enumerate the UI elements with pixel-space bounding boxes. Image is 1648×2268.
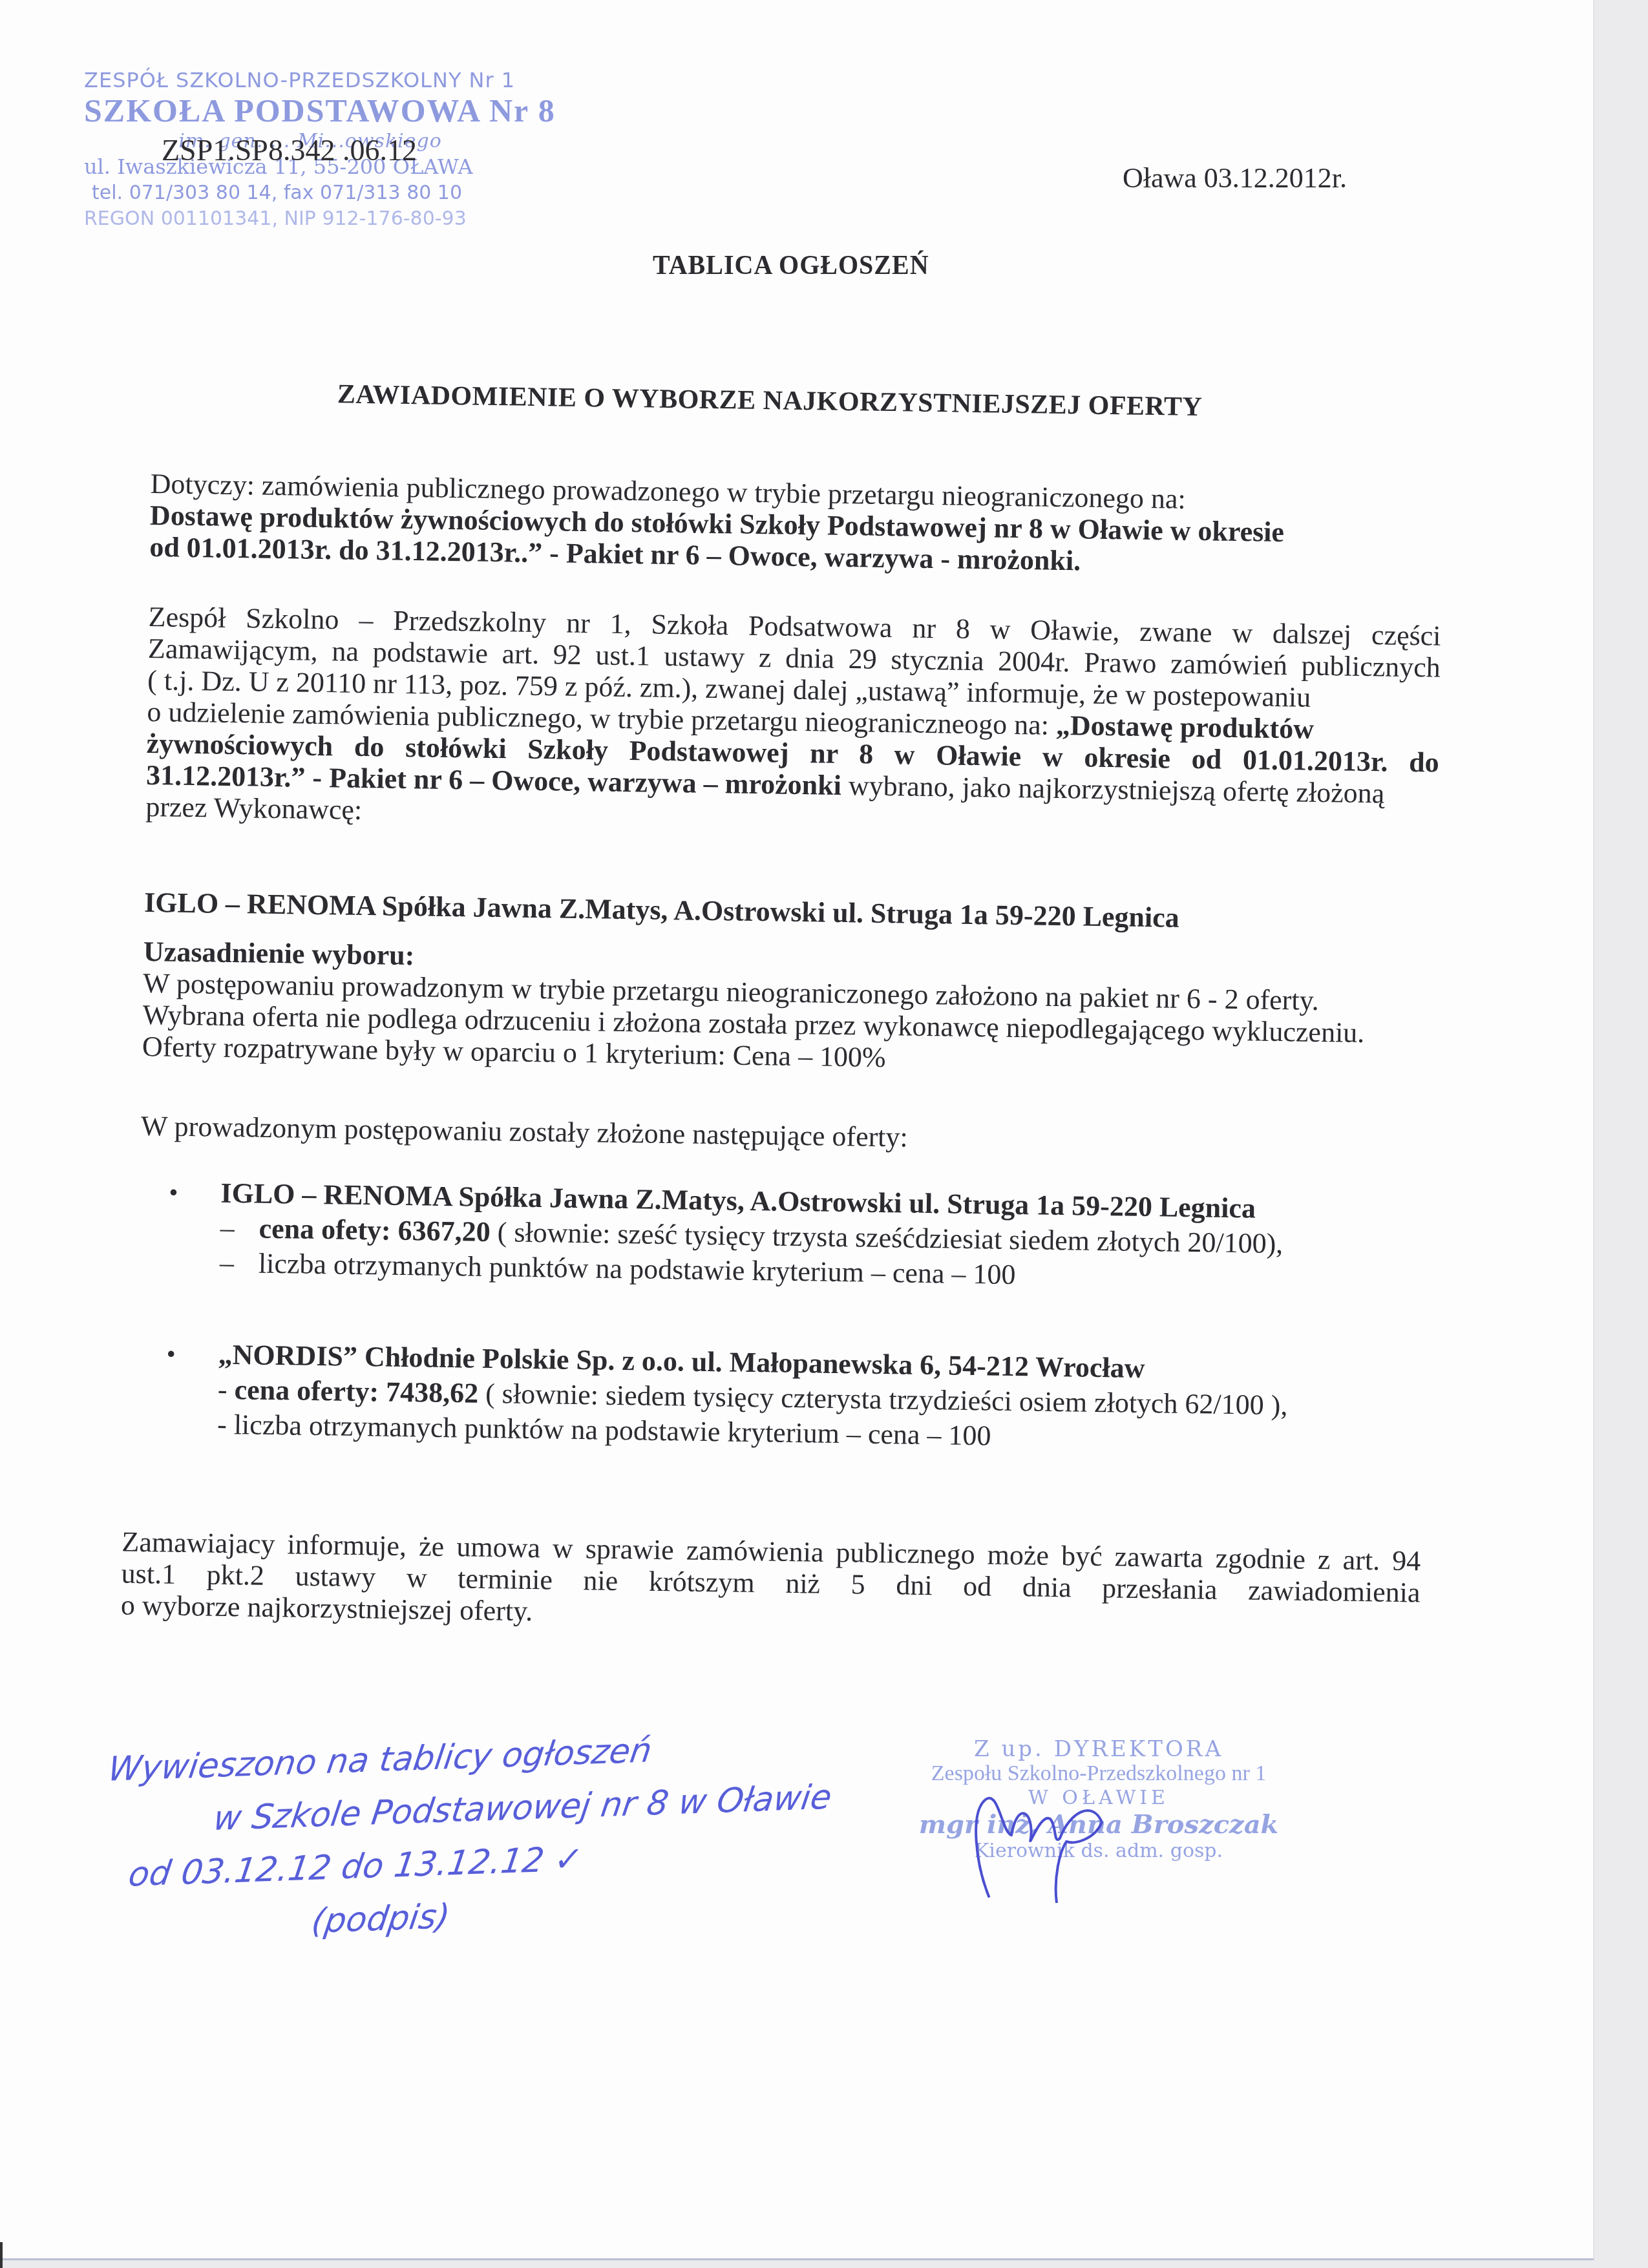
offer-price-label: cena ofety: 6367,20 [259,1213,491,1248]
notice-bold-text: „Dostawę produktów [1056,709,1315,745]
dash-icon: - [217,1409,227,1440]
document-heading: ZAWIADOMIENIE O WYBORZE NAJKORZYSTNIEJSZ… [337,379,1203,423]
subject-paragraph: Dotyczy: zamówienia publicznego prowadzo… [149,468,1443,582]
handwritten-posting-note: Wywieszono na tablicy ogłoszeń w Szkole … [82,1719,790,1956]
justification-section: Uzasadnienie wyboru: W postępowaniu prow… [142,936,1437,1082]
dash-icon: - [218,1374,227,1405]
offers-list: • IGLO – RENOMA Spółka Jawna Z.Matys, A.… [165,1175,1462,1518]
offers-intro: W prowadzonym postępowaniu zostały złożo… [141,1110,1434,1161]
closing-paragraph: Zamawiajacy informuje, że umowa w sprawi… [121,1526,1421,1641]
dash-icon: – [220,1211,259,1246]
scan-edge-mark [0,2242,3,2268]
signature-scribble-icon [963,1774,1105,1903]
stamp-line: Z up. DYREKTORA [918,1738,1280,1760]
scanned-page: ZESPÓŁ SZKOLNO-PRZEDSZKOLNY Nr 1 SZKOŁA … [0,0,1594,2260]
dash-icon: – [220,1246,259,1281]
offer-item: • „NORDIS” Chłodnie Polskie Sp. z o.o. u… [165,1337,1459,1461]
offer-price-label: cena oferty: 7438,62 [234,1374,478,1409]
selected-contractor: IGLO – RENOMA Spółka Jawna Z.Matys, A.Os… [144,887,1437,938]
offer-item: • IGLO – RENOMA Spółka Jawna Z.Matys, A.… [168,1175,1462,1299]
notice-paragraph: Zespół Szkolno – Przedszkolny nr 1, Szko… [145,601,1441,842]
bullet-icon: • [169,1175,178,1210]
bullet-icon: • [166,1337,176,1372]
